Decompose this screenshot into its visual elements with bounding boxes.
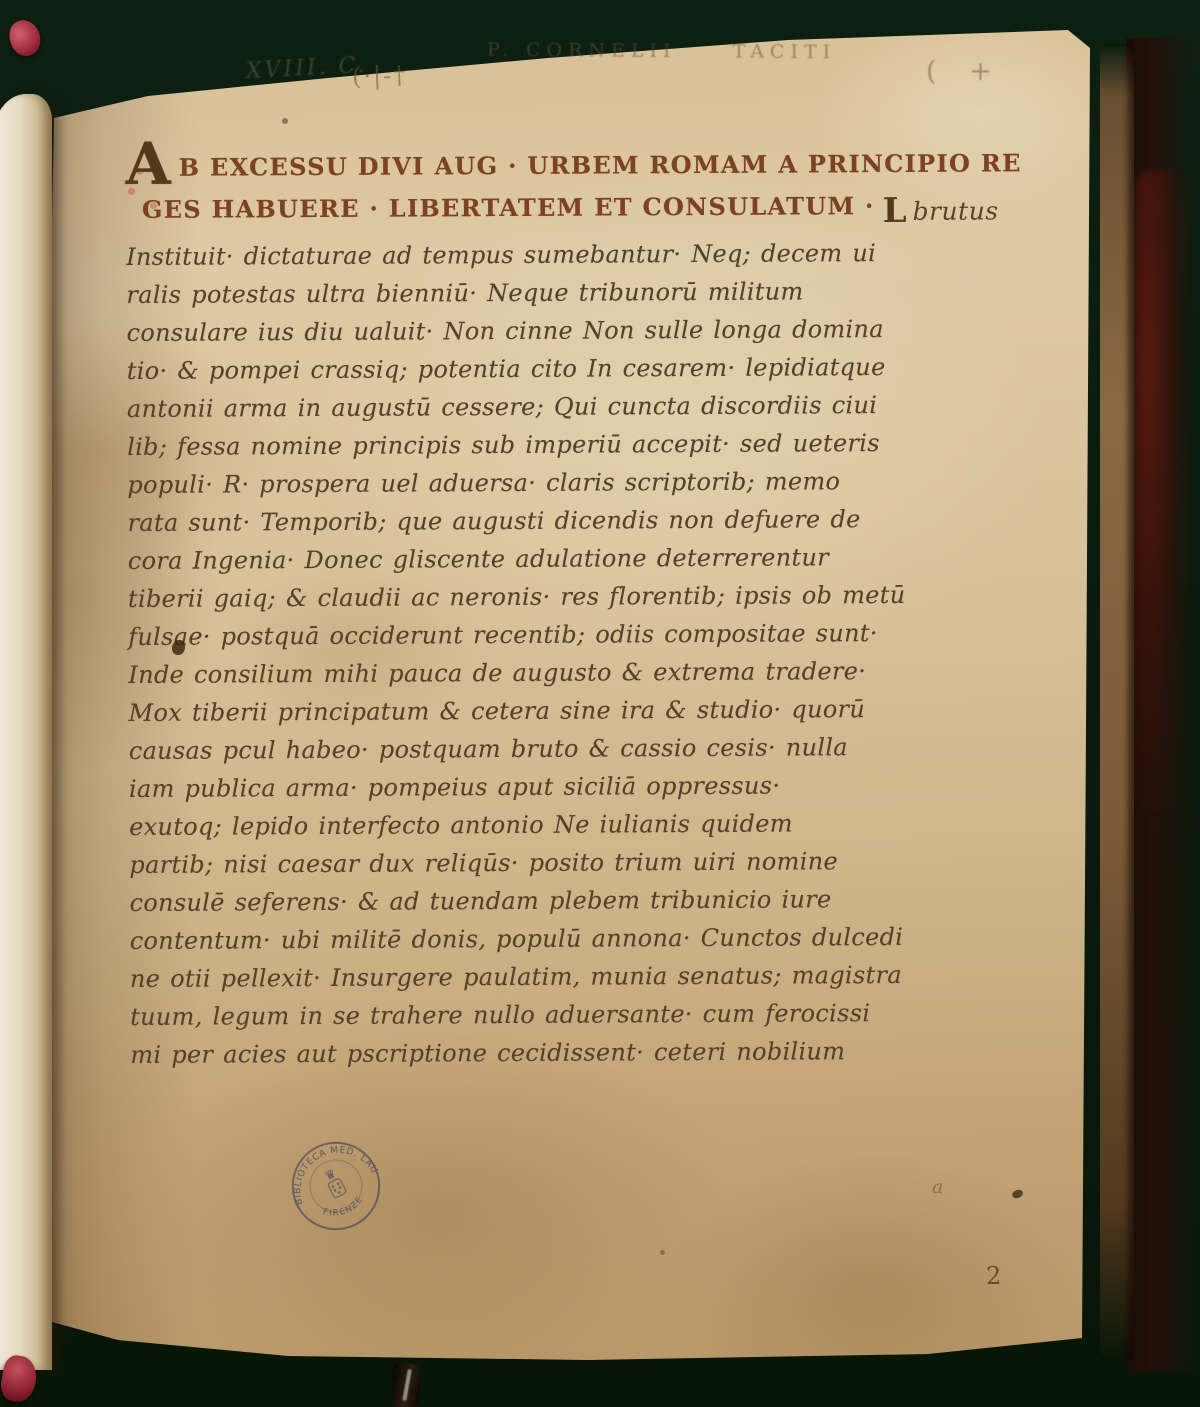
rubric-capitals: GES HABUERE · LIBERTATEM ET CONSULATUM · bbox=[142, 186, 875, 230]
manuscript-line: consulē seferens· & ad tuendam plebem tr… bbox=[129, 880, 889, 922]
marginal-pen-mark: a bbox=[932, 1176, 943, 1198]
rubric-minuscule-word: brutus bbox=[912, 196, 998, 225]
manuscript-line: contentum· ubi militē donis, populū anno… bbox=[130, 918, 890, 960]
manuscript-line: tuum, legum in se trahere nullo aduersan… bbox=[130, 994, 890, 1036]
ink-stain bbox=[660, 1250, 665, 1255]
inscription-author: P. CORNELII bbox=[487, 39, 677, 62]
shelfmark-cross-mark: (·|-† bbox=[352, 61, 408, 91]
text-block: Instituit· dictaturae ad tempus sumebant… bbox=[126, 234, 890, 1074]
manuscript-line: Instituit· dictaturae ad tempus sumebant… bbox=[126, 234, 886, 276]
manuscript-line: Mox tiberii principatum & cetera sine ir… bbox=[128, 690, 888, 732]
book-cover-leather-highlight bbox=[1132, 170, 1186, 810]
strap-highlight bbox=[402, 1369, 411, 1401]
manuscript-line: exutoq; lepido interfecto antonio Ne iul… bbox=[129, 804, 889, 846]
manuscript-line: antonii arma in augustū cessere; Qui cun… bbox=[127, 386, 887, 428]
rubric-capitals: B EXCESSU DIVI AUG · URBEM ROMAM A PRINC… bbox=[179, 143, 1022, 187]
rubric-line-2: GES HABUERE · LIBERTATEM ET CONSULATUM ·… bbox=[142, 186, 886, 230]
corner-pen-mark: ( + bbox=[926, 56, 1004, 87]
book-fore-edge bbox=[1100, 44, 1134, 1360]
manuscript-line: consulare ius diu ualuit· Non cinne Non … bbox=[126, 310, 886, 352]
red-clasp-top bbox=[6, 17, 44, 59]
manuscript-text: A B EXCESSU DIVI AUG · URBEM ROMAM A PRI… bbox=[126, 128, 891, 1074]
manuscript-line: rata sunt· Temporib; que augusti dicendi… bbox=[127, 500, 887, 542]
manuscript-line: lib; fessa nomine principis sub imperiū … bbox=[127, 424, 887, 466]
inscription-work: TACITI bbox=[732, 40, 836, 63]
manuscript-line: tiberii gaiq; & claudii ac neronis· res … bbox=[128, 576, 888, 618]
manuscript-line: fulsae· postquā occiderunt recentib; odi… bbox=[128, 614, 888, 656]
manuscript-line: Inde consilium mihi pauca de augusto & e… bbox=[128, 652, 888, 694]
manuscript-line: ne otii pellexit· Insurgere paulatim, mu… bbox=[130, 956, 890, 998]
manuscript-line: cora Ingenia· Donec gliscente adulatione… bbox=[128, 538, 888, 580]
manuscript-line: tio· & pompei crassiq; potentia cito In … bbox=[127, 348, 887, 390]
leather-strap bbox=[391, 1363, 421, 1407]
decorated-initial: A bbox=[126, 140, 171, 188]
manuscript-line: populi· R· prospera uel aduersa· claris … bbox=[127, 462, 887, 504]
manuscript-line: mi per acies aut pscriptione cecidissent… bbox=[130, 1032, 890, 1074]
folio-number: 2 bbox=[986, 1262, 1001, 1290]
stamp-crown-icon: ♛ bbox=[322, 1165, 339, 1183]
rubric-line-1: A B EXCESSU DIVI AUG · URBEM ROMAM A PRI… bbox=[126, 128, 886, 188]
manuscript-line: causas pcul habeo· postquam bruto & cass… bbox=[129, 728, 889, 770]
flyleaf-page-edge bbox=[0, 94, 52, 1370]
manuscript-line: iam publica arma· pompeius aput siciliā … bbox=[129, 766, 889, 808]
manuscript-line: ralis potestas ultra bienniū· Neque trib… bbox=[126, 272, 886, 314]
faded-title-inscription: P. CORNELIITACITI bbox=[487, 39, 836, 63]
secondary-initial: L bbox=[883, 196, 907, 226]
manuscript-line: partib; nisi caesar dux reliqūs· posito … bbox=[129, 842, 889, 884]
ink-stain bbox=[282, 118, 288, 124]
